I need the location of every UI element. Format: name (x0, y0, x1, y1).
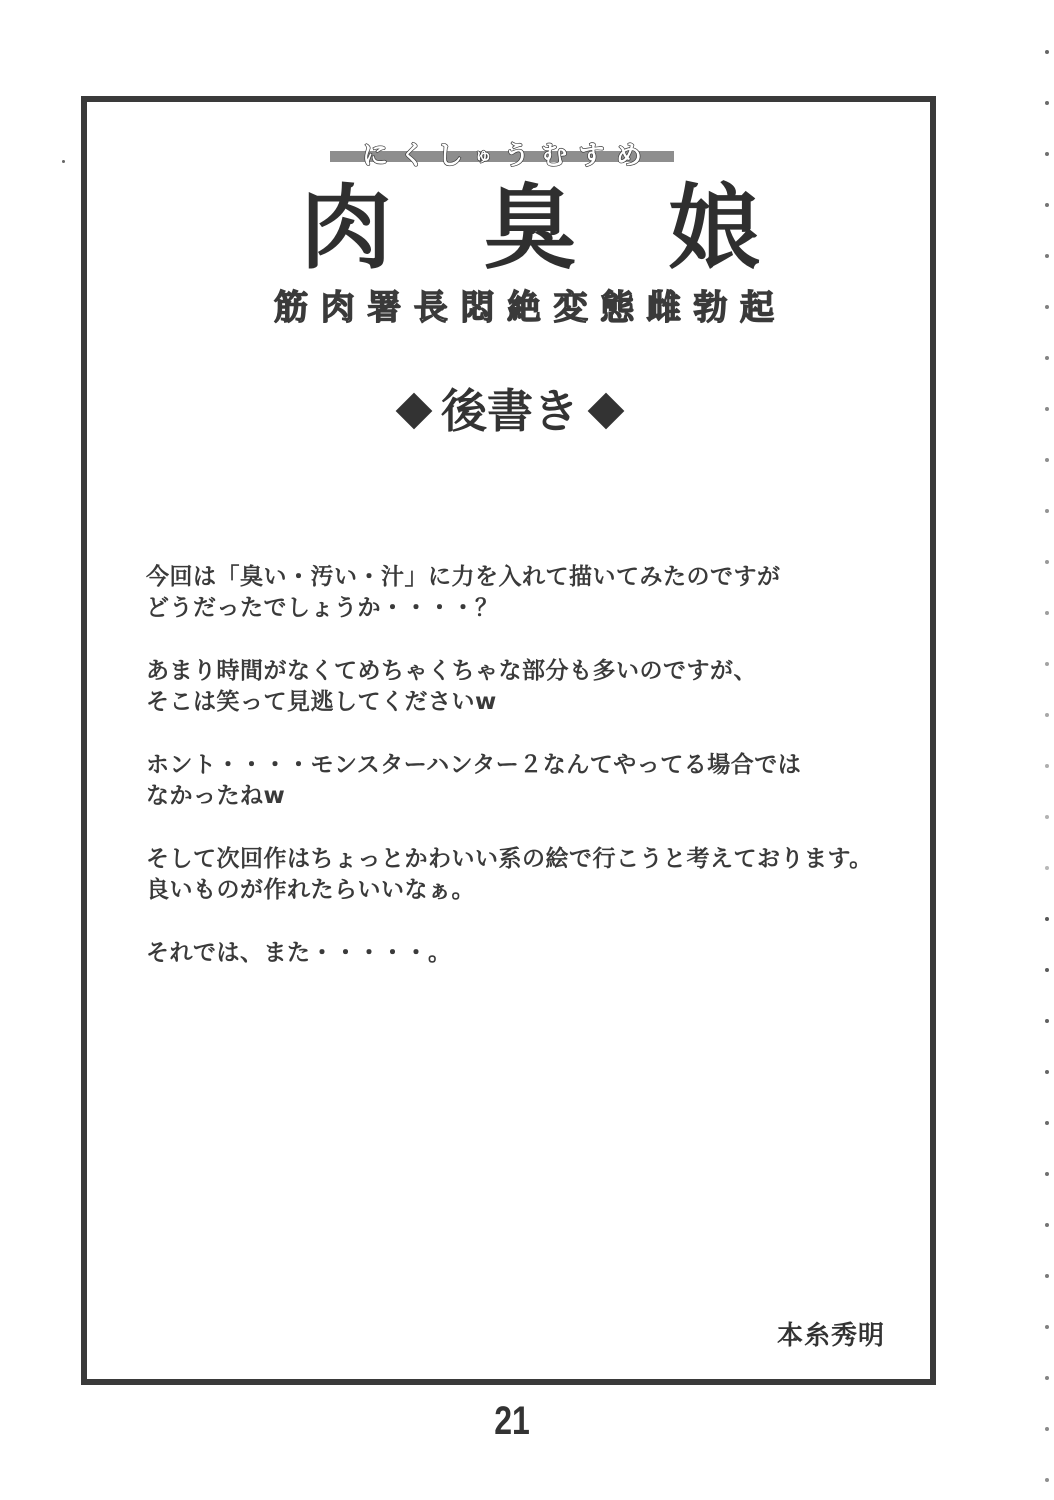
diamond-icon (588, 393, 625, 430)
subtitle-char: 筋 (274, 284, 308, 332)
subtitle-char: 悶 (460, 284, 494, 332)
binding-dot (1045, 509, 1049, 513)
text-line: 今回は「臭い・汚い・汁」に力を入れて描いてみたのですが (146, 562, 936, 593)
binding-dot (1045, 968, 1049, 972)
furigana-char: め (616, 137, 642, 175)
subtitle-char: 雌 (647, 284, 681, 332)
page-number: 21 (488, 1398, 536, 1444)
afterword-heading: 後書き (350, 378, 670, 444)
text-line: そこは笑って見逃してくださいw (146, 687, 936, 718)
page-title: 肉 臭 娘 (290, 178, 770, 278)
furigana-char: に (362, 137, 388, 175)
text-line: どうだったでしょうか・・・・？ (146, 593, 936, 624)
scan-speck (62, 160, 65, 163)
binding-edge-marks (1040, 0, 1054, 1500)
heading-text: 後書き (441, 378, 579, 444)
furigana-char: む (541, 137, 567, 175)
binding-dot (1045, 560, 1049, 564)
paragraph: あまり時間がなくてめちゃくちゃな部分も多いのですが、 そこは笑って見逃してくださ… (146, 656, 936, 718)
paragraph: ホント・・・・モンスターハンター２なんてやってる場合では なかったねw (146, 750, 936, 812)
binding-dot (1045, 1172, 1049, 1176)
binding-dot (1045, 611, 1049, 615)
binding-dot (1045, 305, 1049, 309)
diamond-icon (396, 393, 433, 430)
binding-dot (1045, 764, 1049, 768)
subtitle-char: 起 (740, 284, 774, 332)
binding-dot (1045, 1478, 1049, 1482)
binding-dot (1045, 50, 1049, 54)
binding-dot (1045, 1376, 1049, 1380)
subtitle-char: 変 (554, 284, 588, 332)
binding-dot (1045, 815, 1049, 819)
binding-dot (1045, 1121, 1049, 1125)
furigana-char: し (437, 137, 463, 175)
binding-dot (1045, 407, 1049, 411)
author-signature: 本糸秀明 (777, 1318, 885, 1354)
paragraph: そして次回作はちょっとかわいい系の絵で行こうと考えております。 良いものが作れた… (146, 844, 936, 906)
furigana-char: す (579, 137, 605, 175)
binding-dot (1045, 866, 1049, 870)
binding-dot (1045, 662, 1049, 666)
binding-dot (1045, 1070, 1049, 1074)
binding-dot (1045, 1427, 1049, 1431)
text-line: ホント・・・・モンスターハンター２なんてやってる場合では (146, 750, 936, 781)
text-line: そして次回作はちょっとかわいい系の絵で行こうと考えております。 (146, 844, 936, 875)
title-char: 娘 (668, 178, 760, 278)
furigana-char: う (504, 137, 530, 175)
binding-dot (1045, 917, 1049, 921)
text-line: あまり時間がなくてめちゃくちゃな部分も多いのですが、 (146, 656, 936, 687)
binding-dot (1045, 1325, 1049, 1329)
text-line: 良いものが作れたらいいなぁ。 (146, 875, 936, 906)
subtitle-char: 勃 (693, 284, 727, 332)
text-line: なかったねw (146, 781, 936, 812)
binding-dot (1045, 203, 1049, 207)
binding-dot (1045, 152, 1049, 156)
subtitle-char: 署 (367, 284, 401, 332)
furigana-text: に く し ゅ う む す め (330, 137, 674, 175)
title-furigana: に く し ゅ う む す め (330, 137, 674, 177)
title-char: 肉 (300, 178, 392, 278)
furigana-char: く (399, 137, 425, 175)
binding-dot (1045, 356, 1049, 360)
subtitle-char: 態 (600, 284, 634, 332)
afterword-body: 今回は「臭い・汚い・汁」に力を入れて描いてみたのですが どうだったでしょうか・・… (146, 562, 936, 1001)
subtitle-char: 長 (414, 284, 448, 332)
subtitle: 筋 肉 署 長 悶 絶 変 態 雌 勃 起 (274, 284, 774, 332)
paragraph: それでは、また・・・・・。 (146, 938, 936, 969)
binding-dot (1045, 713, 1049, 717)
binding-dot (1045, 101, 1049, 105)
furigana-char: ゅ (474, 137, 492, 175)
binding-dot (1045, 254, 1049, 258)
text-line: それでは、また・・・・・。 (146, 938, 936, 969)
binding-dot (1045, 1223, 1049, 1227)
paragraph: 今回は「臭い・汚い・汁」に力を入れて描いてみたのですが どうだったでしょうか・・… (146, 562, 936, 624)
subtitle-char: 絶 (507, 284, 541, 332)
binding-dot (1045, 1019, 1049, 1023)
binding-dot (1045, 1274, 1049, 1278)
binding-dot (1045, 458, 1049, 462)
title-char: 臭 (484, 178, 576, 278)
subtitle-char: 肉 (321, 284, 355, 332)
